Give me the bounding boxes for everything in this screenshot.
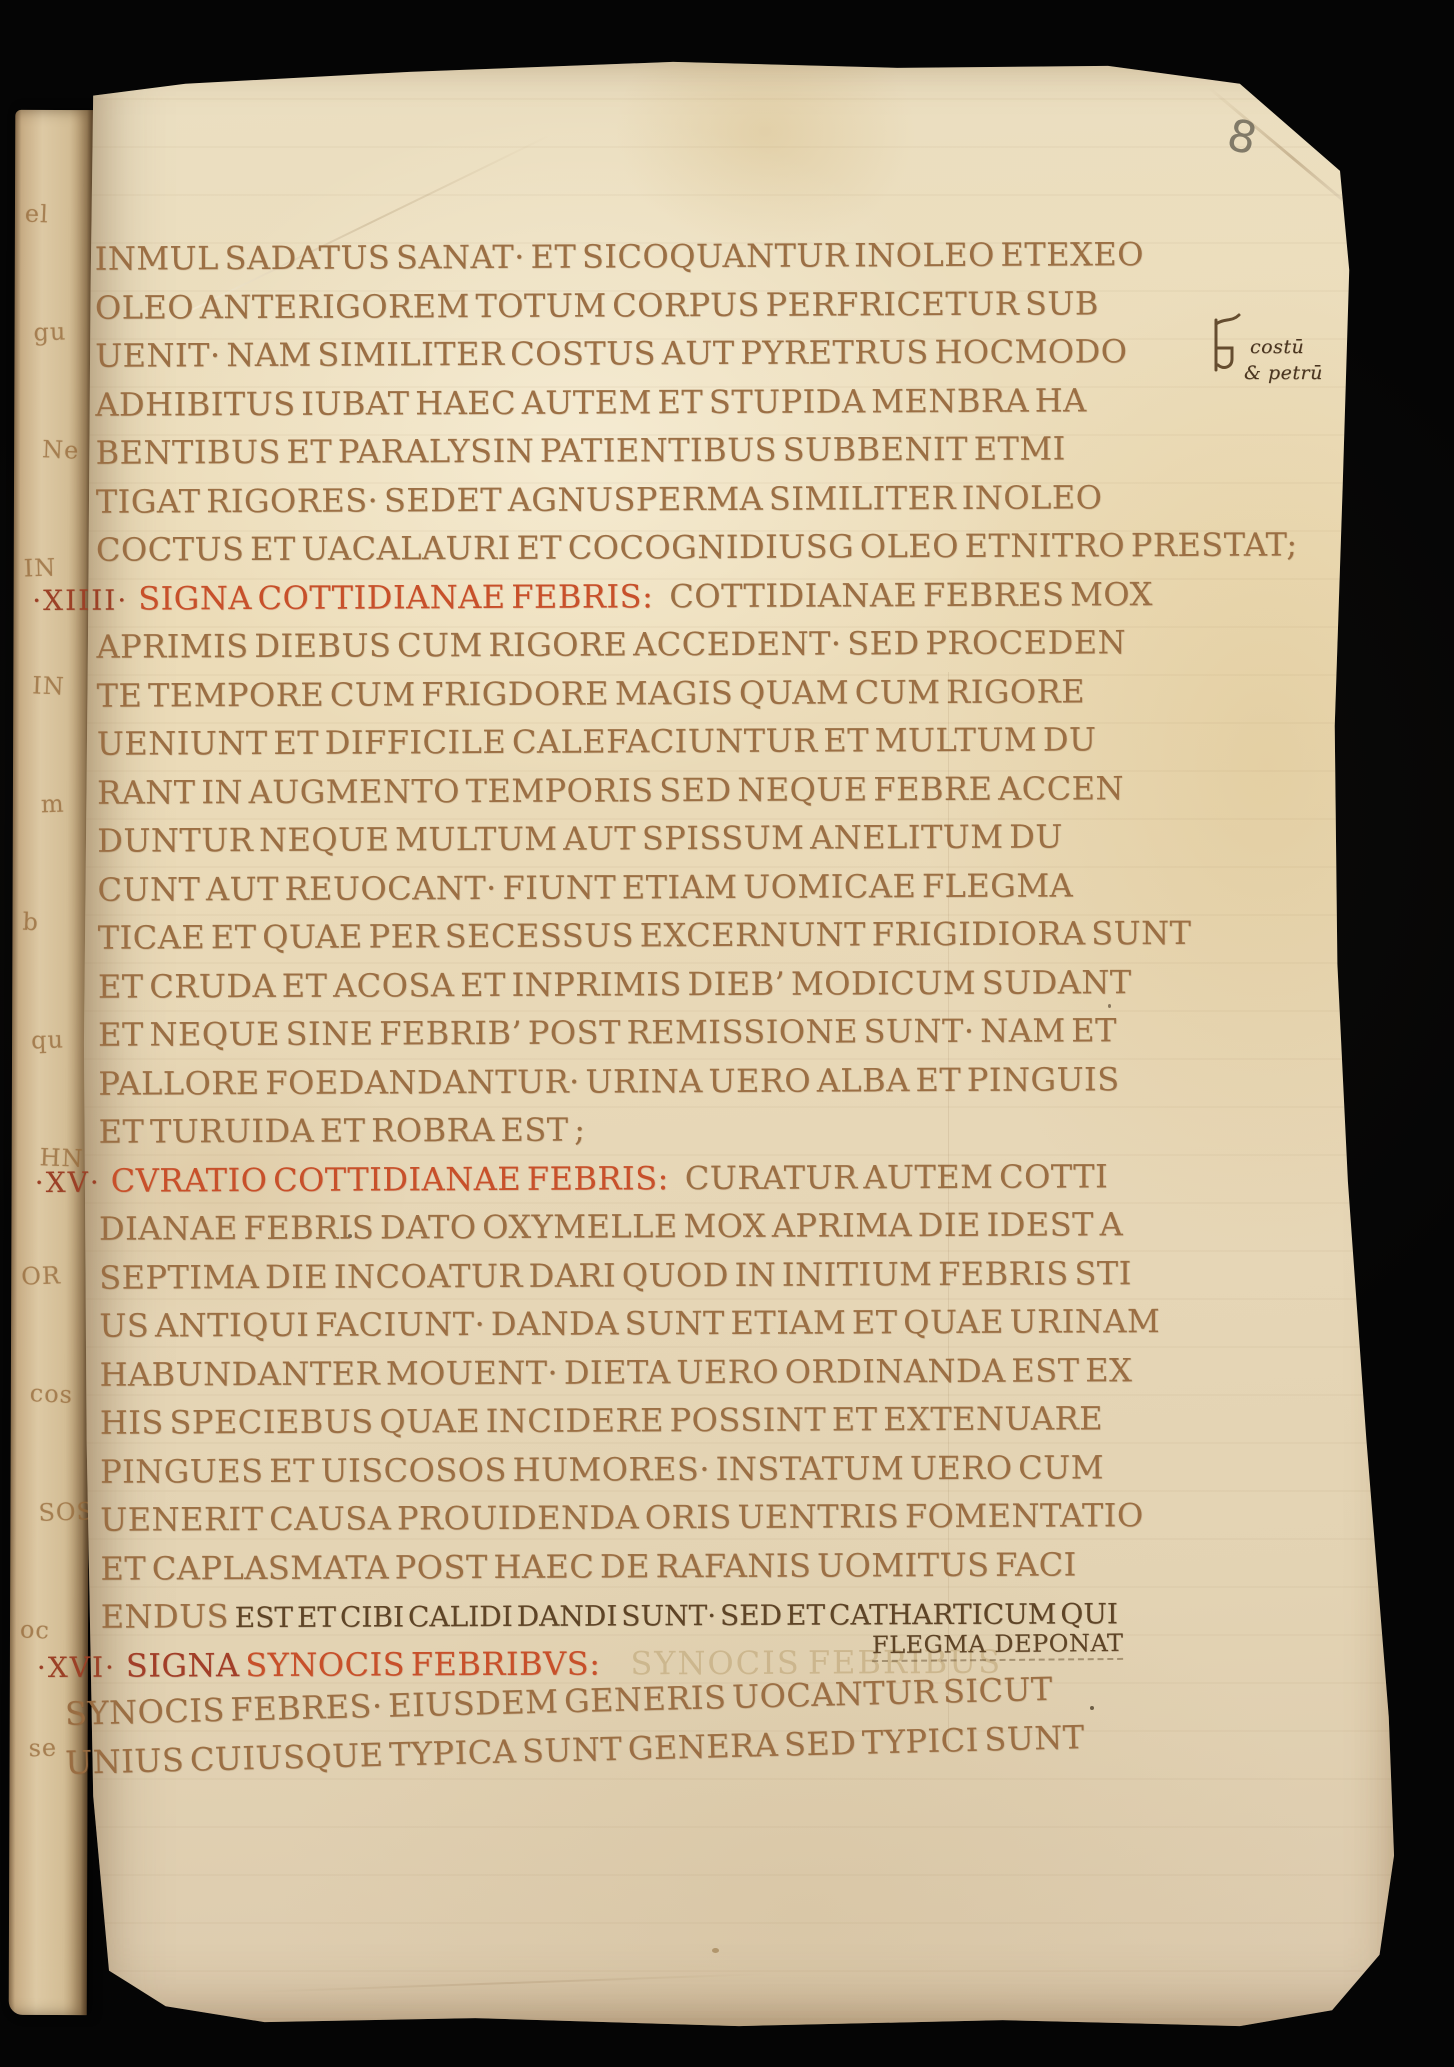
line-text: SEPTIMA DIE INCOATUR DARI QUOD IN INITIU…	[99, 1254, 1132, 1297]
line-text: DUNTUR NEQUE MULTUM AUT SPISSUM ANELITUM…	[97, 818, 1063, 860]
later-hand-text: EST ET CIBI CALIDI DANDI SUNT· SED ET CA…	[235, 1597, 1118, 1634]
manuscript-photo: elguNeININmbquHNORcosSOSocse 8 costū & p…	[0, 0, 1454, 2067]
interlinear-insert: FLEGMA DEPONAT	[872, 1629, 1124, 1662]
text-line: ET CAPLASMATA POST HAEC DE RAFANIS UOMIT…	[100, 1539, 1350, 1593]
text-line: US ANTIQUI FACIUNT· DANDA SUNT ETIAM ET …	[99, 1296, 1349, 1350]
line-text: ENDUS	[101, 1597, 235, 1636]
edge-letter-fragment: cos	[29, 1379, 73, 1409]
line-text: UENIUNT ET DIFFICILE CALEFACIUNTUR ET MU…	[97, 720, 1097, 762]
line-text: UENERIT CAUSA PROUIDENDA ORIS UENTRIS FO…	[100, 1496, 1144, 1539]
text-line: ·XV·CVRATIO COTTIDIANAE FEBRIS:CURATUR A…	[99, 1151, 1349, 1205]
line-text: PINGUES ET UISCOSOS HUMORES· INSTATUM UE…	[100, 1448, 1104, 1490]
line-text: ET TURUIDA ET ROBRA EST ;	[98, 1111, 585, 1151]
edge-letter-fragment: el	[24, 199, 49, 228]
text-line: ·XIIII·SIGNA COTTIDIANAE FEBRIS:COTTIDIA…	[96, 569, 1346, 623]
text-line: DIANAE FEBRIS DATO OXYMELLE MOX APRIMA D…	[99, 1199, 1349, 1253]
line-text: DIANAE FEBRIS DATO OXYMELLE MOX APRIMA D…	[99, 1205, 1123, 1247]
line-text: PALLORE FOEDANDANTUR· URINA UERO ALBA ET…	[98, 1060, 1119, 1102]
text-line: ET NEQUE SINE FEBRIB’ POST REMISSIONE SU…	[98, 1005, 1348, 1059]
line-text: ET CRUDA ET ACOSA ET INPRIMIS DIEB’ MODI…	[98, 963, 1132, 1006]
text-line: ENDUS EST ET CIBI CALIDI DANDI SUNT· SED…	[101, 1587, 1351, 1641]
line-text: APRIMIS DIEBUS CUM RIGORE ACCEDENT· SED …	[96, 623, 1126, 665]
line-text: COTTIDIANAE FEBRES MOX	[669, 575, 1153, 615]
text-line: INMUL SADATUS SANAT· ET SICOQUANTUR INOL…	[95, 229, 1345, 283]
text-line: ADHIBITUS IUBAT HAEC AUTEM ET STUPIDA ME…	[95, 375, 1345, 429]
text-line: CUNT AUT REUOCANT· FIUNT ETIAM UOMICAE F…	[97, 860, 1347, 914]
text-line: ET CRUDA ET ACOSA ET INPRIMIS DIEB’ MODI…	[98, 957, 1348, 1011]
stain-spot	[712, 1948, 719, 1953]
text-line: UENIT· NAM SIMILITER COSTUS AUT PYRETRUS…	[95, 326, 1345, 380]
line-text: CUNT AUT REUOCANT· FIUNT ETIAM UOMICAE F…	[97, 866, 1073, 908]
rubric-heading: CVRATIO COTTIDIANAE FEBRIS:	[111, 1159, 669, 1199]
edge-letter-fragment: se	[28, 1734, 57, 1763]
line-text: UENIT· NAM SIMILITER COSTUS AUT PYRETRUS…	[95, 332, 1127, 375]
edge-letter-fragment: m	[40, 790, 65, 819]
line-text: HIS SPECIEBUS QUAE INCIDERE POSSINT ET E…	[100, 1399, 1103, 1441]
text-line: APRIMIS DIEBUS CUM RIGORE ACCEDENT· SED …	[96, 617, 1346, 671]
text-line: COCTUS ET UACALAURI ET COCOGNIDIUSG OLEO…	[96, 520, 1346, 574]
text-line: ET TURUIDA ET ROBRA EST ;	[98, 1102, 1348, 1156]
text-line: PALLORE FOEDANDANTUR· URINA UERO ALBA ET…	[98, 1054, 1348, 1108]
line-text: COCTUS ET UACALAURI ET COCOGNIDIUSG OLEO…	[96, 525, 1298, 568]
text-line: BENTIBUS ET PARALYSIN PATIENTIBUS SUBBEN…	[95, 423, 1345, 477]
text-line: DUNTUR NEQUE MULTUM AUT SPISSUM ANELITUM…	[97, 811, 1347, 865]
text-line: TE TEMPORE CUM FRIGDORE MAGIS QUAM CUM R…	[97, 666, 1347, 720]
line-text: US ANTIQUI FACIUNT· DANDA SUNT ETIAM ET …	[99, 1302, 1160, 1345]
rubric-heading-dark: SIGNA	[126, 1646, 246, 1685]
edge-letter-fragment: OR	[21, 1261, 62, 1290]
line-text: BENTIBUS ET PARALYSIN PATIENTIBUS SUBBEN…	[95, 429, 1065, 471]
line-text: HABUNDANTER MOUENT· DIETA UERO ORDINANDA…	[100, 1351, 1133, 1394]
red-speck	[1408, 252, 1414, 258]
text-line: UENERIT CAUSA PROUIDENDA ORIS UENTRIS FO…	[100, 1490, 1350, 1544]
edge-letter-fragment: SOS	[38, 1497, 94, 1527]
text-line: SEPTIMA DIE INCOATUR DARI QUOD IN INITIU…	[99, 1248, 1349, 1302]
edge-letter-fragment: b	[22, 908, 39, 937]
edge-letter-fragment: Ne	[42, 435, 80, 464]
line-text: RANT IN AUGMENTO TEMPORIS SED NEQUE FEBR…	[97, 769, 1124, 811]
edge-letter-fragment: gu	[33, 317, 67, 346]
text-block: INMUL SADATUS SANAT· ET SICOQUANTUR INOL…	[95, 229, 1352, 1786]
line-text: CURATUR AUTEM COTTI	[685, 1157, 1109, 1197]
line-text: TICAE ET QUAE PER SECESSUS EXCERNUNT FRI…	[98, 914, 1192, 957]
text-line: PINGUES ET UISCOSOS HUMORES· INSTATUM UE…	[100, 1442, 1350, 1496]
chapter-numeral: ·XVI·	[37, 1643, 116, 1692]
edge-letter-fragment: IN	[32, 671, 66, 700]
chapter-numeral: ·XIIII·	[32, 576, 128, 625]
line-text: ADHIBITUS IUBAT HAEC AUTEM ET STUPIDA ME…	[95, 381, 1087, 423]
line-text: TIGAT RIGORES· SEDET AGNUSPERMA SIMILITE…	[96, 478, 1103, 520]
line-text: ET NEQUE SINE FEBRIB’ POST REMISSIONE SU…	[98, 1011, 1117, 1053]
text-line: TIGAT RIGORES· SEDET AGNUSPERMA SIMILITE…	[96, 472, 1346, 526]
text-line: HABUNDANTER MOUENT· DIETA UERO ORDINANDA…	[99, 1345, 1349, 1399]
text-line: RANT IN AUGMENTO TEMPORIS SED NEQUE FEBR…	[97, 763, 1347, 817]
edge-letter-fragment: oc	[19, 1615, 50, 1644]
chapter-numeral: ·XV·	[35, 1158, 101, 1207]
line-text: TE TEMPORE CUM FRIGDORE MAGIS QUAM CUM R…	[97, 672, 1086, 714]
bottom-crease	[250, 1973, 770, 1993]
line-text: OLEO ANTERIGOREM TOTUM CORPUS PERFRICETU…	[95, 284, 1099, 326]
line-text: INMUL SADATUS SANAT· ET SICOQUANTUR INOL…	[95, 235, 1144, 278]
line-text: ET CAPLASMATA POST HAEC DE RAFANIS UOMIT…	[100, 1545, 1077, 1587]
edge-letter-fragment: qu	[31, 1025, 65, 1054]
text-line: HIS SPECIEBUS QUAE INCIDERE POSSINT ET E…	[100, 1393, 1350, 1447]
text-line: TICAE ET QUAE PER SECESSUS EXCERNUNT FRI…	[98, 908, 1348, 962]
text-line: UENIUNT ET DIFFICILE CALEFACIUNTUR ET MU…	[97, 714, 1347, 768]
text-line: OLEO ANTERIGOREM TOTUM CORPUS PERFRICETU…	[95, 278, 1345, 332]
rubric-heading: SIGNA COTTIDIANAE FEBRIS:	[138, 577, 653, 617]
